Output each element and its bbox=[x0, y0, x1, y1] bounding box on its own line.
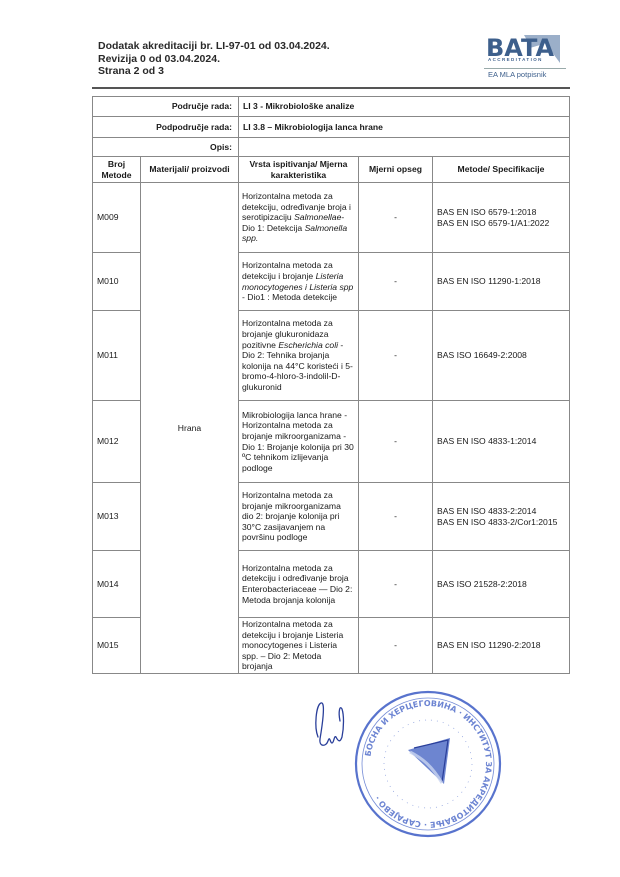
col-header-measuring-range: Mjerni opseg bbox=[359, 157, 433, 183]
standard-reference: BAS EN ISO 11290-2:2018 bbox=[437, 640, 565, 651]
test-description: Horizontalna metoda za detekciju i broja… bbox=[239, 618, 359, 674]
method-number: M009 bbox=[93, 183, 141, 253]
standard-reference: BAS EN ISO 6579-1:2018 bbox=[437, 207, 565, 218]
method-specification: BAS ISO 21528-2:2018 bbox=[433, 551, 570, 618]
measuring-range: - bbox=[359, 401, 433, 483]
header-rule bbox=[92, 87, 570, 89]
test-description: Horizontalna metoda za brojanje glukuron… bbox=[239, 311, 359, 401]
method-number: M014 bbox=[93, 551, 141, 618]
method-number: M011 bbox=[93, 311, 141, 401]
subarea-value: LI 3.8 – Mikrobiologija lanca hrane bbox=[239, 117, 570, 138]
method-number: M010 bbox=[93, 253, 141, 311]
page-number-line: Strana 2 od 3 bbox=[98, 65, 330, 78]
measuring-range: - bbox=[359, 551, 433, 618]
measuring-range: - bbox=[359, 253, 433, 311]
method-specification: BAS EN ISO 4833-1:2014 bbox=[433, 401, 570, 483]
signature-icon bbox=[312, 697, 352, 752]
description-value bbox=[239, 138, 570, 157]
measuring-range: - bbox=[359, 483, 433, 551]
method-specification: BAS EN ISO 4833-2:2014BAS EN ISO 4833-2/… bbox=[433, 483, 570, 551]
method-number: M012 bbox=[93, 401, 141, 483]
col-header-materials: Materijali/ proizvodi bbox=[141, 157, 239, 183]
col-header-methods: Metode/ Specifikacije bbox=[433, 157, 570, 183]
subarea-label: Podpodručje rada: bbox=[93, 117, 239, 138]
standard-reference: BAS EN ISO 6579-1/A1:2022 bbox=[437, 218, 565, 229]
revision-line: Revizija 0 od 03.04.2024. bbox=[98, 53, 330, 66]
standard-reference: BAS ISO 21528-2:2018 bbox=[437, 579, 565, 590]
scope-area-row: Područje rada: LI 3 - Mikrobiološke anal… bbox=[93, 97, 570, 117]
official-seal-icon: БОСНА И ХЕРЦЕГОВИНА · ИНСТИТУТ ЗА АКРЕДИ… bbox=[352, 688, 504, 840]
material-cell: Hrana bbox=[141, 183, 239, 674]
description-label: Opis: bbox=[93, 138, 239, 157]
standard-reference: BAS EN ISO 11290-1:2018 bbox=[437, 276, 565, 287]
standard-reference: BAS EN ISO 4833-1:2014 bbox=[437, 436, 565, 447]
standard-reference: BAS EN ISO 4833-2:2014 bbox=[437, 506, 565, 517]
test-description: Horizontalna metoda za detekciju i broja… bbox=[239, 253, 359, 311]
method-specification: BAS EN ISO 11290-1:2018 bbox=[433, 253, 570, 311]
measuring-range: - bbox=[359, 183, 433, 253]
method-specification: BAS EN ISO 11290-2:2018 bbox=[433, 618, 570, 674]
logo-ea-mla: EA MLA potpisnik bbox=[488, 70, 546, 79]
col-header-test-type: Vrsta ispitivanja/ Mjerna karakteristika bbox=[239, 157, 359, 183]
test-description: Horizontalna metoda za detekciju, određi… bbox=[239, 183, 359, 253]
bata-logo-mark-icon: BATA ACCREDITATION bbox=[484, 33, 560, 65]
accreditation-annex-line: Dodatak akreditaciji br. LI-97-01 od 03.… bbox=[98, 40, 330, 53]
accreditation-scope-table: Područje rada: LI 3 - Mikrobiološke anal… bbox=[92, 96, 570, 674]
standard-reference: BAS ISO 16649-2:2008 bbox=[437, 350, 565, 361]
document-header: Dodatak akreditaciji br. LI-97-01 od 03.… bbox=[98, 40, 330, 78]
method-specification: BAS ISO 16649-2:2008 bbox=[433, 311, 570, 401]
column-header-row: Broj Metode Materijali/ proizvodi Vrsta … bbox=[93, 157, 570, 183]
method-number: M013 bbox=[93, 483, 141, 551]
measuring-range: - bbox=[359, 311, 433, 401]
test-description: Mikrobiologija lanca hrane - Horizontaln… bbox=[239, 401, 359, 483]
logo-subtitle: ACCREDITATION bbox=[488, 57, 543, 62]
test-description: Horizontalna metoda za detekciju i određ… bbox=[239, 551, 359, 618]
table-row: M009HranaHorizontalna metoda za detekcij… bbox=[93, 183, 570, 253]
standard-reference: BAS EN ISO 4833-2/Cor1:2015 bbox=[437, 517, 565, 528]
area-value: LI 3 - Mikrobiološke analize bbox=[239, 97, 570, 117]
col-header-method-number: Broj Metode bbox=[93, 157, 141, 183]
method-specification: BAS EN ISO 6579-1:2018BAS EN ISO 6579-1/… bbox=[433, 183, 570, 253]
scope-description-row: Opis: bbox=[93, 138, 570, 157]
test-description: Horizontalna metoda za brojanje mikroorg… bbox=[239, 483, 359, 551]
measuring-range: - bbox=[359, 618, 433, 674]
scope-subarea-row: Podpodručje rada: LI 3.8 – Mikrobiologij… bbox=[93, 117, 570, 138]
area-label: Područje rada: bbox=[93, 97, 239, 117]
logo-divider bbox=[484, 68, 566, 69]
bata-logo: BATA ACCREDITATION EA MLA potpisnik bbox=[484, 33, 564, 85]
method-number: M015 bbox=[93, 618, 141, 674]
